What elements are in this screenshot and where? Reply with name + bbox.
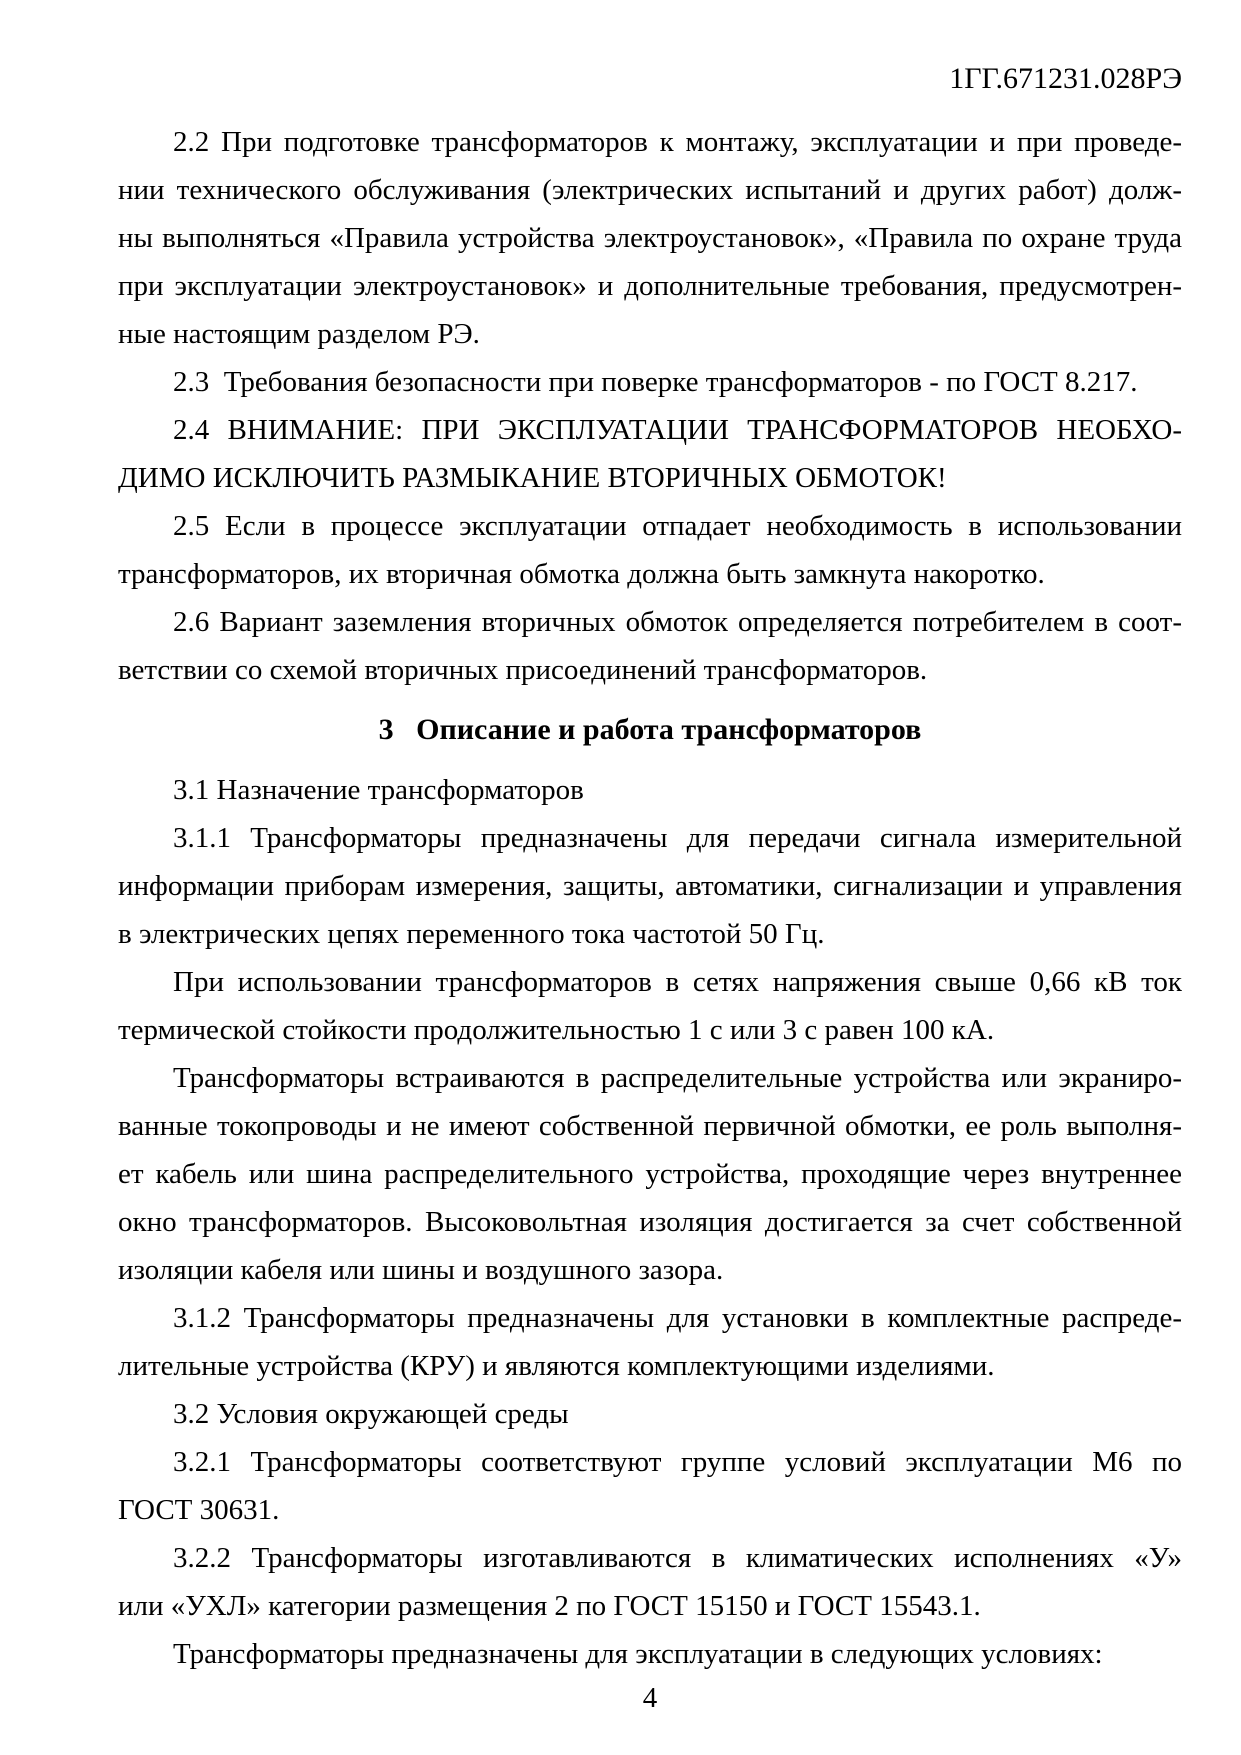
text-line: 3.2 Условия окружающей среды bbox=[118, 1390, 1182, 1438]
text-line: 3.2.1 Трансформаторы соответствуют групп… bbox=[118, 1438, 1182, 1486]
paragraph: 3.1.1 Трансформаторы предназначены для п… bbox=[118, 814, 1182, 958]
text-line: Трансформаторы встраиваются в распредели… bbox=[118, 1054, 1182, 1102]
text-line: ветствии со схемой вторичных присоединен… bbox=[118, 646, 1182, 694]
paragraph: 2.5 Если в процессе эксплуатации отпадае… bbox=[118, 502, 1182, 598]
text-line: 3.1 Назначение трансформаторов bbox=[118, 766, 1182, 814]
paragraph: При использовании трансформаторов в сетя… bbox=[118, 958, 1182, 1054]
text-line: 3 Описание и работа трансформаторов bbox=[118, 706, 1182, 754]
text-line: ные настоящим разделом РЭ. bbox=[118, 310, 1182, 358]
section-heading: 3 Описание и работа трансформаторов bbox=[118, 706, 1182, 754]
text-line: ванные токопроводы и не имеют собственно… bbox=[118, 1102, 1182, 1150]
text-line: при эксплуатации электроустановок» и доп… bbox=[118, 262, 1182, 310]
text-line: 2.5 Если в процессе эксплуатации отпадае… bbox=[118, 502, 1182, 550]
paragraph: 2.2 При подготовке трансформаторов к мон… bbox=[118, 118, 1182, 358]
text-line: ДИМО ИСКЛЮЧИТЬ РАЗМЫКАНИЕ ВТОРИЧНЫХ ОБМО… bbox=[118, 454, 1182, 502]
body-text: 2.2 При подготовке трансформаторов к мон… bbox=[118, 118, 1182, 1678]
text-line: 3.1.1 Трансформаторы предназначены для п… bbox=[118, 814, 1182, 862]
text-line: При использовании трансформаторов в сетя… bbox=[118, 958, 1182, 1006]
text-line: Трансформаторы предназначены для эксплуа… bbox=[118, 1630, 1182, 1678]
text-line: окно трансформаторов. Высоковольтная изо… bbox=[118, 1198, 1182, 1246]
text-line: ет кабель или шина распределительного ус… bbox=[118, 1150, 1182, 1198]
paragraph: 2.3 Требования безопасности при поверке … bbox=[118, 358, 1182, 406]
text-line: 3.1.2 Трансформаторы предназначены для у… bbox=[118, 1294, 1182, 1342]
text-line: 2.2 При подготовке трансформаторов к мон… bbox=[118, 118, 1182, 166]
text-line: нии технического обслуживания (электриче… bbox=[118, 166, 1182, 214]
paragraph: Трансформаторы предназначены для эксплуа… bbox=[118, 1630, 1182, 1678]
text-line: 3.2.2 Трансформаторы изготавливаются в к… bbox=[118, 1534, 1182, 1582]
text-line: изоляции кабеля или шины и воздушного за… bbox=[118, 1246, 1182, 1294]
paragraph: 2.6 Вариант заземления вторичных обмоток… bbox=[118, 598, 1182, 694]
text-line: трансформаторов, их вторичная обмотка до… bbox=[118, 550, 1182, 598]
paragraph: 3.2.1 Трансформаторы соответствуют групп… bbox=[118, 1438, 1182, 1534]
text-line: или «УХЛ» категории размещения 2 по ГОСТ… bbox=[118, 1582, 1182, 1630]
document-page: 1ГГ.671231.028РЭ 2.2 При подготовке тран… bbox=[0, 0, 1241, 1755]
text-block: 1ГГ.671231.028РЭ 2.2 При подготовке тран… bbox=[0, 0, 1241, 1722]
page-number: 4 bbox=[118, 1674, 1182, 1722]
paragraph: 2.4 ВНИМАНИЕ: ПРИ ЭКСПЛУАТАЦИИ ТРАНСФОРМ… bbox=[118, 406, 1182, 502]
paragraph: 3.2.2 Трансформаторы изготавливаются в к… bbox=[118, 1534, 1182, 1630]
text-line: ГОСТ 30631. bbox=[118, 1486, 1182, 1534]
text-line: информации приборам измерения, защиты, а… bbox=[118, 862, 1182, 910]
text-line: ны выполняться «Правила устройства элект… bbox=[118, 214, 1182, 262]
text-line: 2.3 Требования безопасности при поверке … bbox=[118, 358, 1182, 406]
paragraph: 3.1 Назначение трансформаторов bbox=[118, 766, 1182, 814]
text-line: лительные устройства (КРУ) и являются ко… bbox=[118, 1342, 1182, 1390]
paragraph: 3.2 Условия окружающей среды bbox=[118, 1390, 1182, 1438]
doc-code: 1ГГ.671231.028РЭ bbox=[118, 55, 1182, 103]
text-line: в электрических цепях переменного тока ч… bbox=[118, 910, 1182, 958]
text-line: термической стойкости продолжительностью… bbox=[118, 1006, 1182, 1054]
paragraph: Трансформаторы встраиваются в распредели… bbox=[118, 1054, 1182, 1294]
text-line: 2.6 Вариант заземления вторичных обмоток… bbox=[118, 598, 1182, 646]
text-line: 2.4 ВНИМАНИЕ: ПРИ ЭКСПЛУАТАЦИИ ТРАНСФОРМ… bbox=[118, 406, 1182, 454]
paragraph: 3.1.2 Трансформаторы предназначены для у… bbox=[118, 1294, 1182, 1390]
